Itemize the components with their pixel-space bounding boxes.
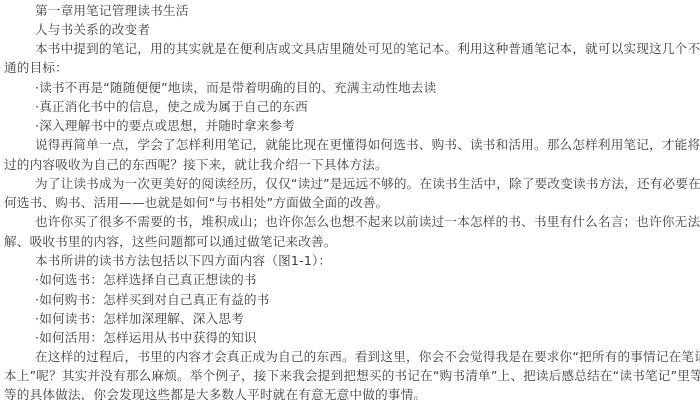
section-title: 人与书关系的改变者 [35,22,150,38]
paragraph-line: 为了让读书成为一次更美好的阅读经历，仅仅“读过”是远远不够的。在读书生活中，除了… [35,176,700,192]
bullet-item: ·深入理解书中的要点或思想，并随时拿来参考 [35,118,295,134]
chapter-title: 第一章用笔记管理读书生活 [35,3,189,19]
document-page: 第一章用笔记管理读书生活 人与书关系的改变者 本书中提到的笔记，用的其实就是在便… [0,0,700,400]
bullet-item: ·如何活用：怎样运用从书中获得的知识 [35,330,257,346]
paragraph-line: 过的内容吸收为自己的东西呢？接下来，就让我介绍一下具体方法。 [4,157,388,173]
bullet-item: ·如何读书：怎样加深理解、深入思考 [35,311,244,327]
paragraph-line: 等的具体做法，你会发现这些都是大多数人平时就在有意无意中做的事情。 [4,387,426,400]
paragraph-line: 本书所讲的读书方法包括以下四方面内容（图1-1）： [35,253,331,269]
paragraph-line: 在这样的过程后，书里的内容才会真正成为自己的东西。看到这里，你会不会觉得我是在要… [35,349,700,365]
bullet-item: ·如何购书：怎样买到对自己真正有益的书 [35,292,270,308]
bullet-item: ·如何选书：怎样选择自己真正想读的书 [35,272,257,288]
paragraph-line: 本上”呢？其实并没有那么麻烦。举个例子，接下来我会提到把想买的书记在“购书清单”… [4,368,700,384]
paragraph-line: 说得再简单一点，学会了怎样利用笔记，就能比现在更懂得如何选书、购书、读书和活用。… [35,137,700,153]
paragraph-line: 本书中提到的笔记，用的其实就是在便利店或文具店里随处可见的笔记本。利用这种普通笔… [35,41,700,57]
bullet-item: ·真正消化书中的信息，使之成为属于自己的东西 [35,99,308,115]
paragraph-line: 何选书、购书、活用——也就是如何“与书相处”方面做全面的改善。 [4,195,388,211]
paragraph-line: 解、吸收书里的内容，这些问题都可以通过做笔记来改善。 [4,234,337,250]
paragraph-line: 也许你买了很多不需要的书，堆积成山；也许你怎么也想不起来以前读过一本怎样的书、书… [35,214,700,230]
paragraph-line: 通的目标： [4,60,68,76]
bullet-item: ·读书不再是“随随便便”地读，而是带着明确的目的、充满主动性地去读 [35,80,436,96]
